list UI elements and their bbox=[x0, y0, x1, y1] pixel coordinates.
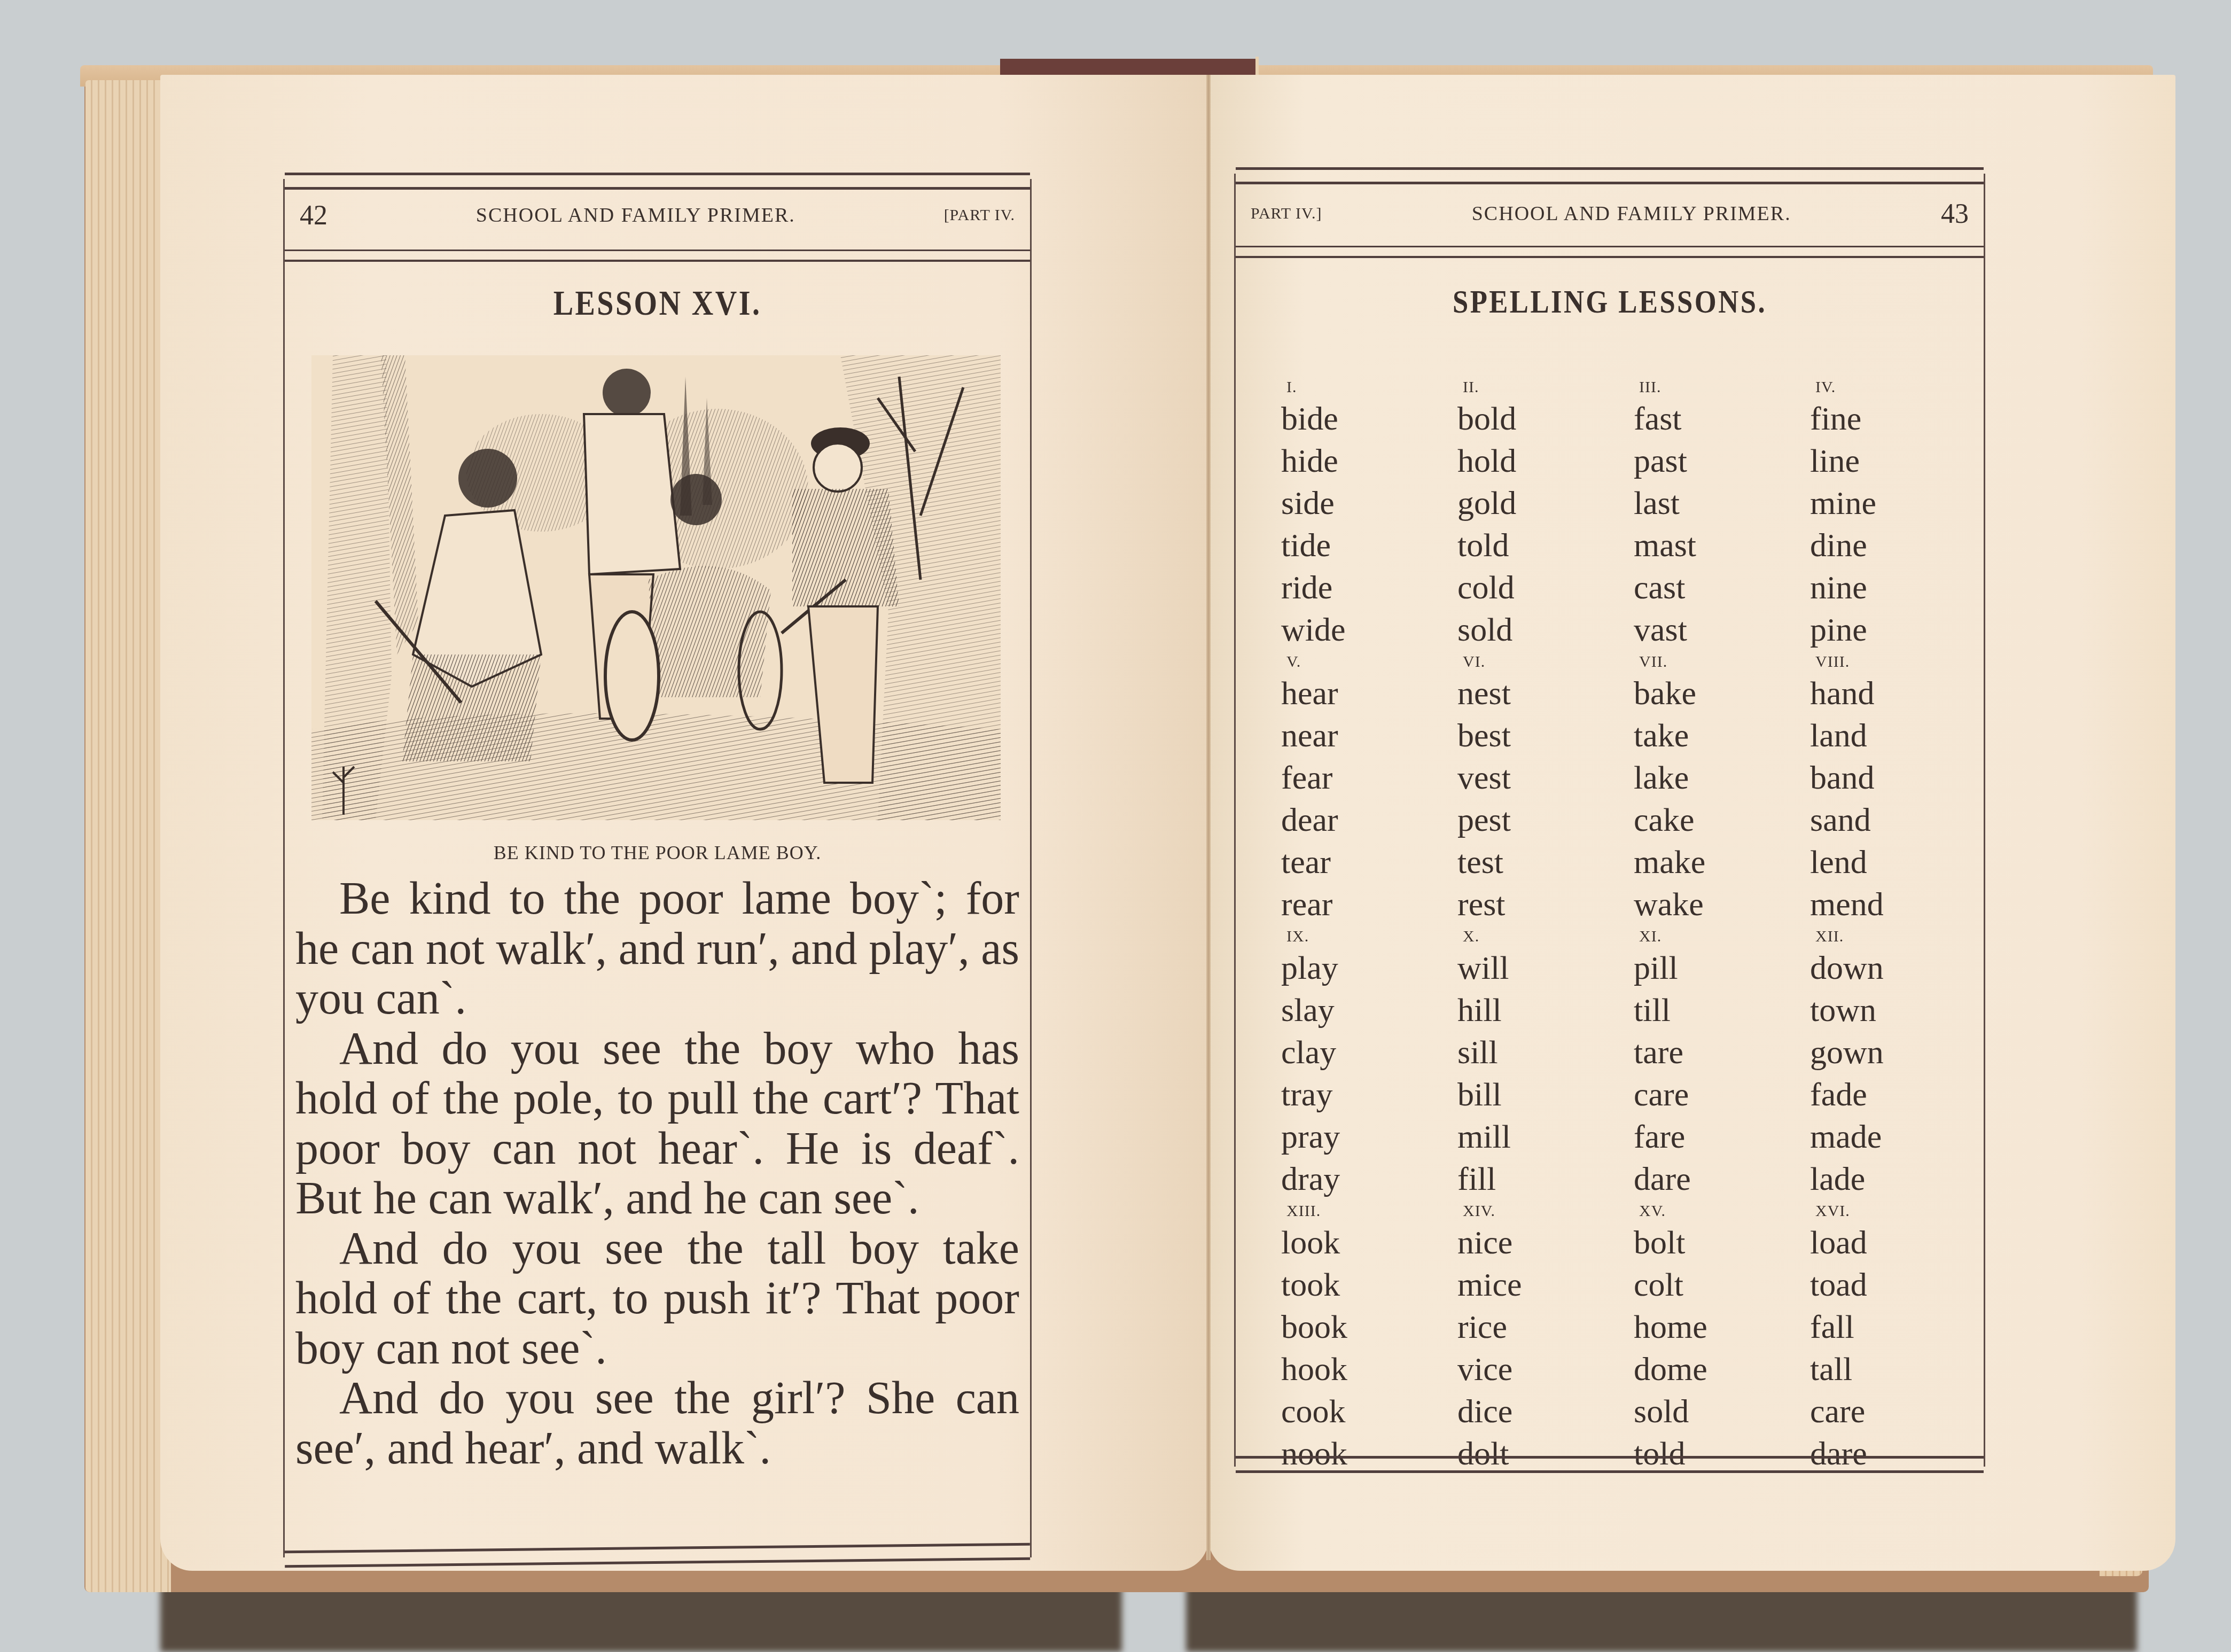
spelling-word: land bbox=[1786, 715, 1962, 757]
header-rule bbox=[285, 250, 1030, 262]
column-numeral: XI. bbox=[1610, 926, 1786, 947]
page-number: 43 bbox=[1941, 198, 1969, 230]
spelling-word: tide bbox=[1257, 525, 1433, 567]
page-stack-left bbox=[85, 80, 171, 1592]
running-head-left: 42 SCHOOL AND FAMILY PRIMER. [PART IV. bbox=[285, 194, 1030, 237]
spelling-grid: I. bide hide side tide ride wide II. bol… bbox=[1257, 377, 1962, 1475]
spelling-word: lake bbox=[1610, 757, 1786, 799]
spelling-word: care bbox=[1786, 1391, 1962, 1433]
column-numeral: IX. bbox=[1257, 926, 1433, 947]
spelling-word: fade bbox=[1786, 1074, 1962, 1116]
gutter bbox=[1206, 75, 1211, 1560]
spelling-word: made bbox=[1786, 1116, 1962, 1158]
spelling-column: VI. nest best vest pest test rest bbox=[1433, 651, 1610, 926]
spelling-word: fill bbox=[1433, 1158, 1610, 1201]
spelling-word: look bbox=[1257, 1222, 1433, 1264]
paragraph: And do you see the boy who has hold of t… bbox=[295, 1024, 1019, 1224]
spelling-word: dear bbox=[1257, 799, 1433, 841]
spelling-word: pest bbox=[1433, 799, 1610, 841]
column-numeral: VIII. bbox=[1786, 651, 1962, 673]
spelling-word: near bbox=[1257, 715, 1433, 757]
spelling-column: XV. bolt colt home dome sold told bbox=[1610, 1201, 1786, 1475]
spelling-word: wake bbox=[1610, 884, 1786, 926]
spelling-word: tall bbox=[1786, 1349, 1962, 1391]
lesson-illustration bbox=[311, 355, 1001, 820]
spelling-word: wide bbox=[1257, 609, 1433, 651]
spelling-column: XVI. load toad fall tall care dare bbox=[1786, 1201, 1962, 1475]
spelling-word: rice bbox=[1433, 1306, 1610, 1349]
spelling-word: fast bbox=[1610, 398, 1786, 440]
spelling-word: test bbox=[1433, 841, 1610, 884]
column-numeral: IV. bbox=[1786, 377, 1962, 398]
part-label: [PART IV. bbox=[944, 206, 1015, 224]
spelling-column: III. fast past last mast cast vast bbox=[1610, 377, 1786, 651]
column-numeral: XV. bbox=[1610, 1201, 1786, 1222]
open-book: 42 SCHOOL AND FAMILY PRIMER. [PART IV. L… bbox=[80, 59, 2153, 1598]
spelling-word: fear bbox=[1257, 757, 1433, 799]
spelling-column: XII. down town gown fade made lade bbox=[1786, 926, 1962, 1201]
illustration-caption: BE KIND TO THE POOR LAME BOY. bbox=[285, 841, 1030, 864]
spelling-word: clay bbox=[1257, 1032, 1433, 1074]
top-rule bbox=[1236, 167, 1984, 184]
spelling-word: bake bbox=[1610, 673, 1786, 715]
spelling-word: bolt bbox=[1610, 1222, 1786, 1264]
column-numeral: VI. bbox=[1433, 651, 1610, 673]
spelling-word: hill bbox=[1433, 989, 1610, 1032]
spelling-word: last bbox=[1610, 482, 1786, 525]
column-numeral: II. bbox=[1433, 377, 1610, 398]
spelling-word: sold bbox=[1610, 1391, 1786, 1433]
spelling-column: XIV. nice mice rice vice dice dolt bbox=[1433, 1201, 1610, 1475]
spelling-word: book bbox=[1257, 1306, 1433, 1349]
spelling-column: VIII. hand land band sand lend mend bbox=[1786, 651, 1962, 926]
spelling-word: nest bbox=[1433, 673, 1610, 715]
spelling-word: care bbox=[1610, 1074, 1786, 1116]
spelling-word: load bbox=[1786, 1222, 1962, 1264]
paragraph: Be kind to the poor lame boy`; for he ca… bbox=[295, 874, 1019, 1024]
spelling-word: cast bbox=[1610, 567, 1786, 609]
spelling-word: took bbox=[1257, 1264, 1433, 1306]
column-numeral: VII. bbox=[1610, 651, 1786, 673]
spelling-word: dome bbox=[1610, 1349, 1786, 1391]
spelling-word: fine bbox=[1786, 398, 1962, 440]
spelling-word: rear bbox=[1257, 884, 1433, 926]
spelling-word: told bbox=[1433, 525, 1610, 567]
spelling-word: till bbox=[1610, 989, 1786, 1032]
spelling-block: V. hear near fear dear tear rear VI. nes… bbox=[1257, 651, 1962, 926]
left-page-frame: 42 SCHOOL AND FAMILY PRIMER. [PART IV. L… bbox=[283, 179, 1032, 1557]
spelling-word: gold bbox=[1433, 482, 1610, 525]
spelling-word: will bbox=[1433, 947, 1610, 989]
spelling-word: sold bbox=[1433, 609, 1610, 651]
spelling-column: X. will hill sill bill mill fill bbox=[1433, 926, 1610, 1201]
engraving-image bbox=[311, 355, 1001, 820]
spelling-word: town bbox=[1786, 989, 1962, 1032]
spelling-word: toad bbox=[1786, 1264, 1962, 1306]
spelling-word: dare bbox=[1610, 1158, 1786, 1201]
paragraph: And do you see the girl′? She can see′, … bbox=[295, 1373, 1019, 1473]
spelling-column: IX. play slay clay tray pray dray bbox=[1257, 926, 1433, 1201]
column-numeral: X. bbox=[1433, 926, 1610, 947]
spelling-word: sill bbox=[1433, 1032, 1610, 1074]
spelling-word: hide bbox=[1257, 440, 1433, 482]
spelling-word: bill bbox=[1433, 1074, 1610, 1116]
bottom-rule bbox=[1236, 1456, 1984, 1473]
spelling-column: II. bold hold gold told cold sold bbox=[1433, 377, 1610, 651]
page-number: 42 bbox=[300, 200, 327, 231]
column-numeral: III. bbox=[1610, 377, 1786, 398]
spelling-word: bold bbox=[1433, 398, 1610, 440]
spelling-word: mine bbox=[1786, 482, 1962, 525]
spelling-word: cold bbox=[1433, 567, 1610, 609]
top-rule bbox=[285, 173, 1030, 190]
spelling-word: mend bbox=[1786, 884, 1962, 926]
spelling-word: past bbox=[1610, 440, 1786, 482]
spelling-block: I. bide hide side tide ride wide II. bol… bbox=[1257, 377, 1962, 651]
running-head-right: PART IV.] SCHOOL AND FAMILY PRIMER. 43 bbox=[1236, 192, 1984, 235]
lesson-heading: LESSON XVI. bbox=[341, 283, 974, 324]
spelling-word: bide bbox=[1257, 398, 1433, 440]
spelling-word: dice bbox=[1433, 1391, 1610, 1433]
spelling-word: dine bbox=[1786, 525, 1962, 567]
header-rule bbox=[1236, 246, 1984, 258]
spelling-word: home bbox=[1610, 1306, 1786, 1349]
spelling-word: slay bbox=[1257, 989, 1433, 1032]
spelling-word: play bbox=[1257, 947, 1433, 989]
spelling-word: tare bbox=[1610, 1032, 1786, 1074]
spelling-column: IV. fine line mine dine nine pine bbox=[1786, 377, 1962, 651]
spelling-word: vice bbox=[1433, 1349, 1610, 1391]
spelling-word: hand bbox=[1786, 673, 1962, 715]
spelling-word: mast bbox=[1610, 525, 1786, 567]
spelling-word: tear bbox=[1257, 841, 1433, 884]
spelling-word: lend bbox=[1786, 841, 1962, 884]
spelling-word: sand bbox=[1786, 799, 1962, 841]
spelling-word: nice bbox=[1433, 1222, 1610, 1264]
spelling-word: side bbox=[1257, 482, 1433, 525]
spelling-word: take bbox=[1610, 715, 1786, 757]
column-numeral: XII. bbox=[1786, 926, 1962, 947]
column-numeral: XVI. bbox=[1786, 1201, 1962, 1222]
spelling-word: cook bbox=[1257, 1391, 1433, 1433]
spelling-word: pine bbox=[1786, 609, 1962, 651]
lesson-text: Be kind to the poor lame boy`; for he ca… bbox=[295, 874, 1019, 1473]
spelling-word: make bbox=[1610, 841, 1786, 884]
spelling-word: cake bbox=[1610, 799, 1786, 841]
spelling-word: tray bbox=[1257, 1074, 1433, 1116]
spelling-word: down bbox=[1786, 947, 1962, 989]
spelling-word: fare bbox=[1610, 1116, 1786, 1158]
column-numeral: XIV. bbox=[1433, 1201, 1610, 1222]
spelling-column: I. bide hide side tide ride wide bbox=[1257, 377, 1433, 651]
spelling-word: fall bbox=[1786, 1306, 1962, 1349]
spelling-word: hold bbox=[1433, 440, 1610, 482]
column-numeral: V. bbox=[1257, 651, 1433, 673]
running-title: SCHOOL AND FAMILY PRIMER. bbox=[476, 204, 795, 227]
spelling-column: XI. pill till tare care fare dare bbox=[1610, 926, 1786, 1201]
spelling-word: ride bbox=[1257, 567, 1433, 609]
paragraph: And do you see the tall boy take hold of… bbox=[295, 1224, 1019, 1374]
spelling-column: XIII. look took book hook cook nook bbox=[1257, 1201, 1433, 1475]
spelling-word: pray bbox=[1257, 1116, 1433, 1158]
spelling-word: vast bbox=[1610, 609, 1786, 651]
spelling-block: XIII. look took book hook cook nook XIV.… bbox=[1257, 1201, 1962, 1475]
spelling-word: lade bbox=[1786, 1158, 1962, 1201]
part-label: PART IV.] bbox=[1251, 205, 1322, 223]
spelling-column: VII. bake take lake cake make wake bbox=[1610, 651, 1786, 926]
spelling-word: hook bbox=[1257, 1349, 1433, 1391]
spelling-word: nine bbox=[1786, 567, 1962, 609]
spelling-block: IX. play slay clay tray pray dray X. wil… bbox=[1257, 926, 1962, 1201]
spelling-word: vest bbox=[1433, 757, 1610, 799]
column-numeral: I. bbox=[1257, 377, 1433, 398]
spelling-word: pill bbox=[1610, 947, 1786, 989]
spelling-word: rest bbox=[1433, 884, 1610, 926]
spelling-word: band bbox=[1786, 757, 1962, 799]
spelling-word: mice bbox=[1433, 1264, 1610, 1306]
spelling-word: dray bbox=[1257, 1158, 1433, 1201]
running-title: SCHOOL AND FAMILY PRIMER. bbox=[1472, 202, 1791, 225]
spelling-word: colt bbox=[1610, 1264, 1786, 1306]
spelling-word: mill bbox=[1433, 1116, 1610, 1158]
spelling-heading: SPELLING LESSONS. bbox=[1292, 283, 1928, 321]
spelling-word: best bbox=[1433, 715, 1610, 757]
spelling-column: V. hear near fear dear tear rear bbox=[1257, 651, 1433, 926]
spelling-word: line bbox=[1786, 440, 1962, 482]
column-numeral: XIII. bbox=[1257, 1201, 1433, 1222]
spelling-word: hear bbox=[1257, 673, 1433, 715]
spelling-word: gown bbox=[1786, 1032, 1962, 1074]
right-page-frame: PART IV.] SCHOOL AND FAMILY PRIMER. 43 S… bbox=[1234, 174, 1985, 1467]
